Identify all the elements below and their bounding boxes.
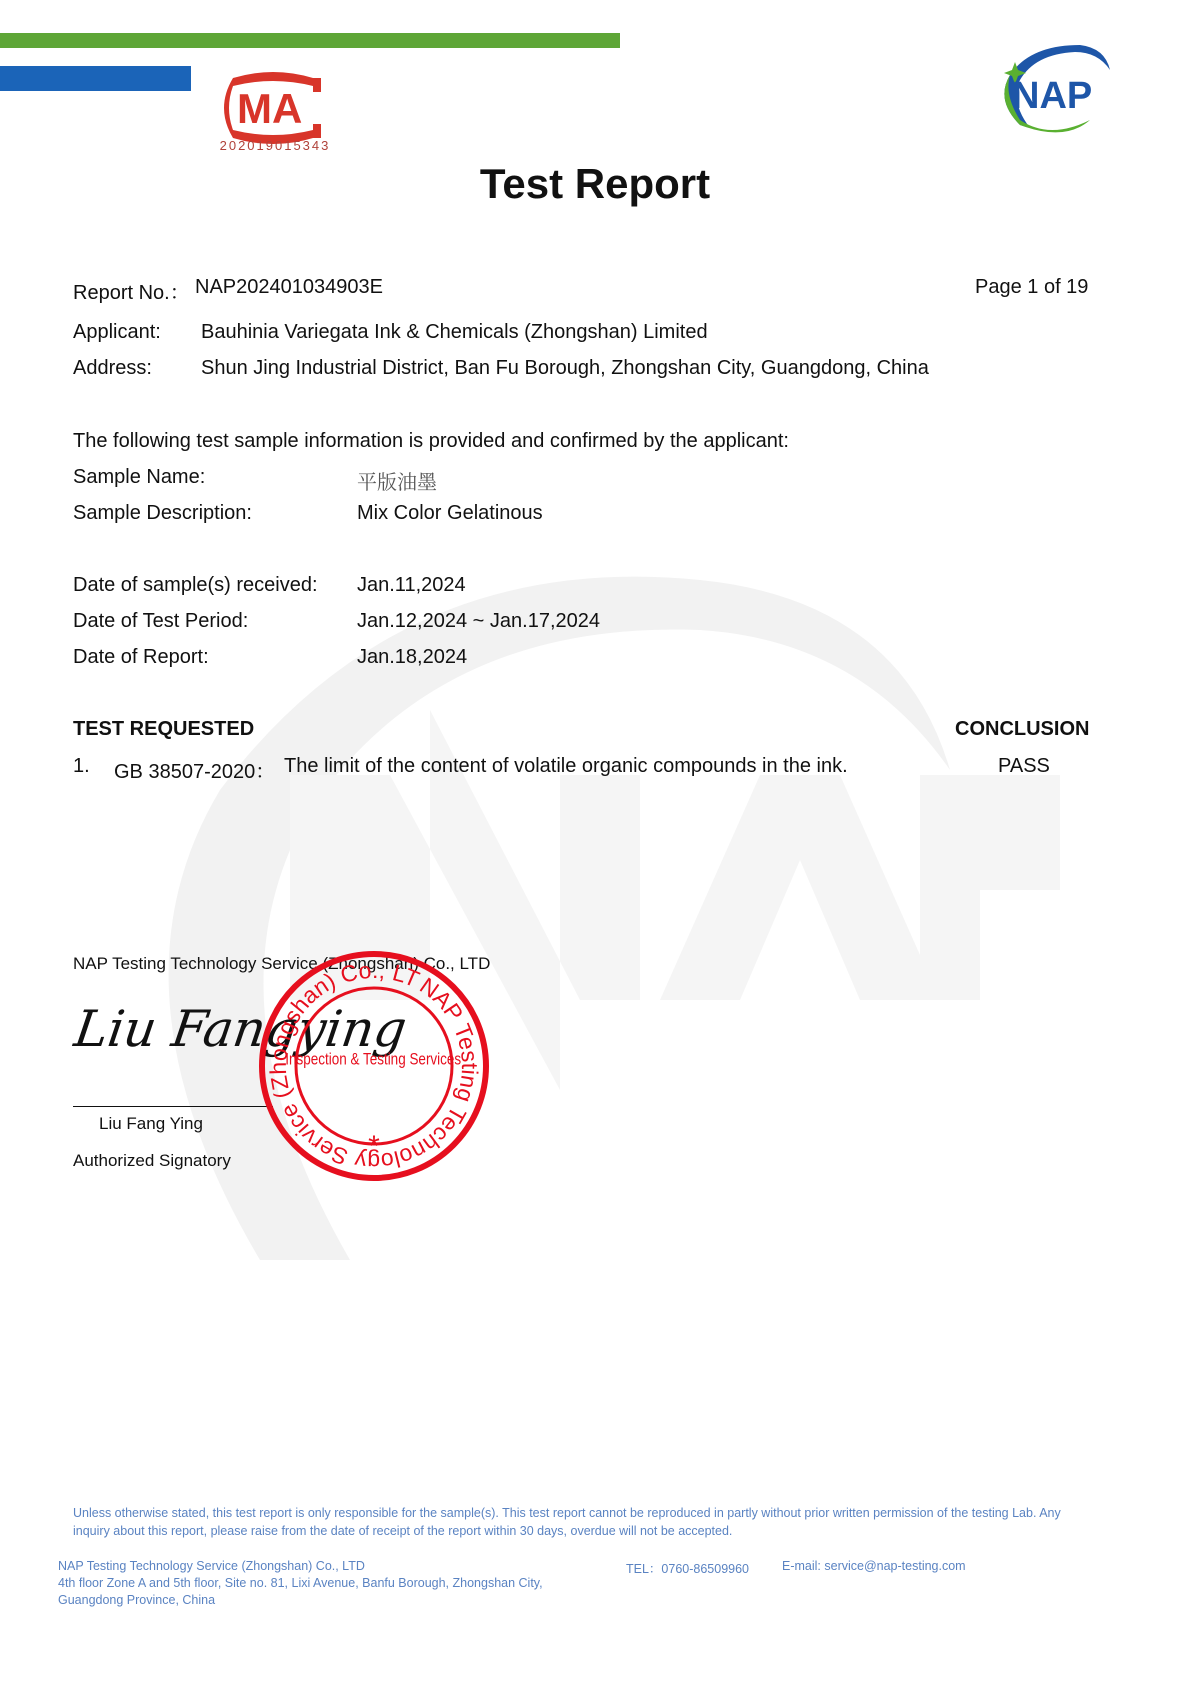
nap-logo-text: NAP	[1012, 75, 1092, 117]
company-stamp: NAP Testing Technology Service (Zhongsha…	[258, 950, 490, 1182]
date-test-period-label: Date of Test Period:	[73, 610, 248, 633]
footer-tel: TEL：0760-86509960	[626, 1559, 749, 1577]
date-report-label: Date of Report:	[73, 646, 209, 669]
report-no: NAP202401034903E	[195, 276, 383, 299]
cma-letters: MA	[237, 85, 302, 132]
test-conclusion: PASS	[998, 755, 1050, 778]
signatory-title: Authorized Signatory	[73, 1151, 231, 1171]
test-requested-header: TEST REQUESTED	[73, 718, 254, 741]
sample-intro: The following test sample information is…	[73, 430, 789, 453]
footer-disclaimer-line1: Unless otherwise stated, this test repor…	[73, 1506, 1061, 1520]
report-no-label: Report No.：	[73, 276, 190, 305]
test-description: The limit of the content of volatile org…	[284, 755, 848, 778]
date-received-label: Date of sample(s) received:	[73, 574, 318, 597]
footer-disclaimer-line2: inquiry about this report, please raise …	[73, 1524, 732, 1538]
applicant-label: Applicant:	[73, 321, 161, 344]
svg-text:Inspection & Testing Services: Inspection & Testing Services	[285, 1050, 461, 1069]
date-report-value: Jan.18,2024	[357, 646, 467, 669]
signature-line	[73, 1106, 273, 1107]
nap-logo: NAP	[990, 40, 1130, 140]
test-standard: GB 38507-2020：	[114, 755, 275, 784]
signatory-name: Liu Fang Ying	[99, 1114, 203, 1134]
footer-address-line2: Guangdong Province, China	[58, 1593, 215, 1607]
applicant-value: Bauhinia Variegata Ink & Chemicals (Zhon…	[201, 321, 708, 344]
header-green-bar	[0, 33, 620, 48]
date-test-period-value: Jan.12,2024 ~ Jan.17,2024	[357, 610, 600, 633]
test-index: 1.	[73, 755, 90, 778]
sample-name-value: 平版油墨	[357, 466, 437, 495]
sample-name-label: Sample Name:	[73, 466, 205, 489]
date-received-value: Jan.11,2024	[357, 574, 466, 597]
page-indicator: Page 1 of 19	[975, 276, 1088, 299]
footer-address-line1: 4th floor Zone A and 5th floor, Site no.…	[58, 1576, 543, 1590]
footer-email[interactable]: E-mail: service@nap-testing.com	[782, 1559, 966, 1573]
sample-description-value: Mix Color Gelatinous	[357, 502, 543, 525]
address-value: Shun Jing Industrial District, Ban Fu Bo…	[201, 357, 929, 380]
conclusion-header: CONCLUSION	[955, 718, 1089, 741]
stamp-star-icon: *	[368, 1130, 380, 1163]
sample-description-label: Sample Description:	[73, 502, 252, 525]
address-label: Address:	[73, 357, 152, 380]
footer-company: NAP Testing Technology Service (Zhongsha…	[58, 1559, 365, 1573]
header-blue-bar	[0, 66, 191, 91]
cma-number: 202019015343	[215, 138, 335, 153]
page-title: Test Report	[0, 160, 1190, 208]
